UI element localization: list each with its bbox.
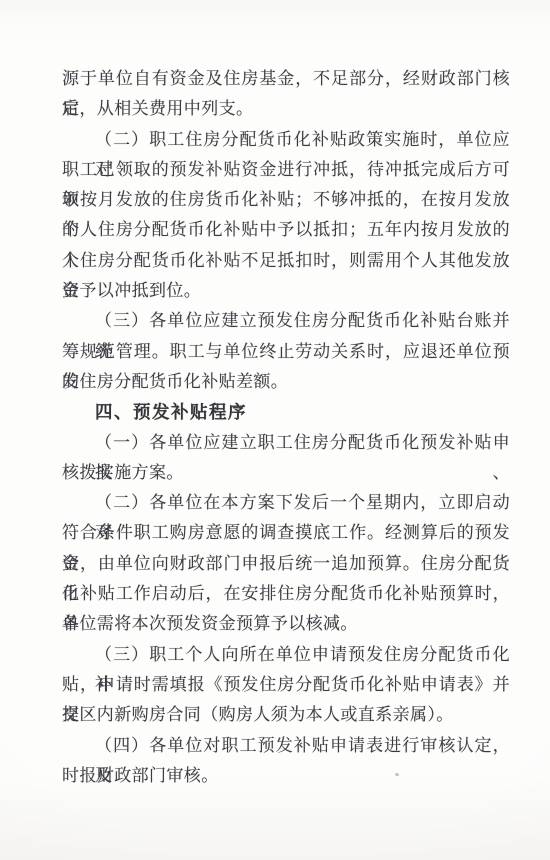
text-line: 符合条件职工购房意愿的调查摸底工作。经测算后的预发资 (62, 518, 510, 548)
text-line: 时报财政部门审核。 (62, 761, 510, 791)
text-line: （三）各单位应建立预发住房分配货币化补贴台账并统 (62, 306, 510, 336)
text-line: 人住房分配货币化补贴不足抵扣时，则需用个人其他发放资 (62, 246, 510, 276)
text-line: （一）各单位应建立职工住房分配货币化预发补贴申报、 (62, 428, 510, 458)
text-line: 职工已领取的预发补贴资金进行冲抵，待冲抵完成后方可领 (62, 155, 510, 185)
text-line: 单位需将本次预发资金预算予以核减。 (62, 609, 510, 639)
text-line: 源于单位自有资金及住房基金，不足部分，经财政部门核定 (62, 64, 510, 94)
text-line: （二）职工住房分配货币化补贴政策实施时，单位应对 (62, 125, 510, 155)
text-line: 的住房分配货币化补贴差额。 (62, 367, 510, 397)
text-line: 贴，申请时需填报《预发住房分配货币化补贴申请表》并提 (62, 670, 510, 700)
text-line: 金，由单位向财政部门申报后统一追加预算。住房分配货币 (62, 549, 510, 579)
text-line: 筹规范管理。职工与单位终止劳动关系时，应退还单位预发 (62, 337, 510, 367)
text-line: 取按月发放的住房货币化补贴；不够冲抵的，在按月发放的 (62, 185, 510, 215)
text-line: 化补贴工作启动后，在安排住房分配货币化补贴预算时，各 (62, 579, 510, 609)
text-line: （三）职工个人向所在单位申请预发住房分配货币化补 (62, 640, 510, 670)
text-line: （四）各单位对职工预发补贴申请表进行审核认定，及 (62, 731, 510, 761)
section-heading: 四、预发补贴程序 (62, 397, 510, 427)
text-line: 金予以冲抵到位。 (62, 276, 510, 306)
text-line: 后，从相关费用中列支。 (62, 94, 510, 124)
text-line: 交区内新购房合同（购房人须为本人或直系亲属）。 (62, 700, 510, 730)
document-page: 源于单位自有资金及住房基金，不足部分，经财政部门核定 后，从相关费用中列支。 （… (0, 0, 550, 860)
text-line: （二）各单位在本方案下发后一个星期内，立即启动对 (62, 488, 510, 518)
text-line: 个人住房分配货币化补贴中予以抵扣；五年内按月发放的个 (62, 215, 510, 245)
document-body: 源于单位自有资金及住房基金，不足部分，经财政部门核定 后，从相关费用中列支。 （… (62, 64, 510, 791)
